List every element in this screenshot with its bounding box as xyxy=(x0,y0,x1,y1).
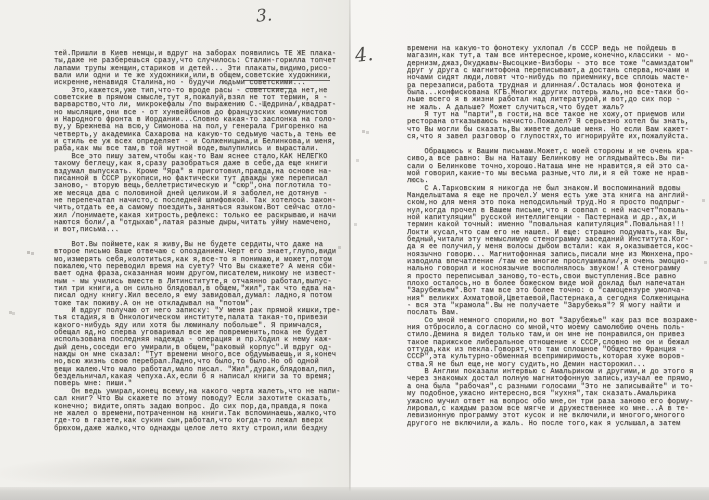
paragraph: времени на какую-то фонотеку ухлопал /в … xyxy=(407,46,703,112)
scan-speckles xyxy=(0,0,1,1)
paragraph: И вдруг получаю от него записку: "У меня… xyxy=(54,308,354,389)
paragraph: Со мной немного спорили,но вот "Зарубежь… xyxy=(407,318,703,369)
handwritten-page-number-4: 4. xyxy=(354,43,375,67)
paragraph: В Англии показали интервью с Амальриком … xyxy=(407,369,703,428)
page-fold-line xyxy=(349,0,351,500)
paragraph: С А.Тарковским я никогда не был знаком.И… xyxy=(407,186,703,318)
paper-crease-shadow xyxy=(0,445,355,488)
paragraph: Все это пишу затем,чтобы как-то Вам ясне… xyxy=(54,154,354,235)
paragraph: Вот.Вы поймете,как я живу,Вы не будете с… xyxy=(54,242,354,308)
scanned-letter: 3. тей.Пришли в Киев немцы,и вдруг на за… xyxy=(0,0,709,500)
paragraph: Это,кажется,уже тип,что-то вроде расы - … xyxy=(54,88,354,154)
handwritten-page-number-3: 3. xyxy=(255,5,273,26)
paragraph: тей.Пришли в Киев немцы,и вдруг на забор… xyxy=(54,51,354,88)
letter-page-4: 4. времени на какую-то фонотеку ухлопал … xyxy=(350,0,709,500)
paragraph: Обращаюсь к Вашим письмам.Может,с моей с… xyxy=(407,149,703,186)
typed-underline-mark xyxy=(247,88,292,89)
paragraph: Он ведь умирал,конец всему,на какого чер… xyxy=(54,389,354,433)
letter-page-3: 3. тей.Пришли в Киев немцы,и вдруг на за… xyxy=(0,0,350,500)
typed-underline-mark xyxy=(243,80,330,81)
paragraph: Я тут на "парти",в гости,на все такое не… xyxy=(407,112,703,141)
typewritten-text-block-page-3: тей.Пришли в Киев немцы,и вдруг на забор… xyxy=(54,51,354,433)
typewritten-text-block-page-4: времени на какую-то фонотеку ухлопал /в … xyxy=(407,46,703,428)
scan-background-edge xyxy=(0,487,709,500)
